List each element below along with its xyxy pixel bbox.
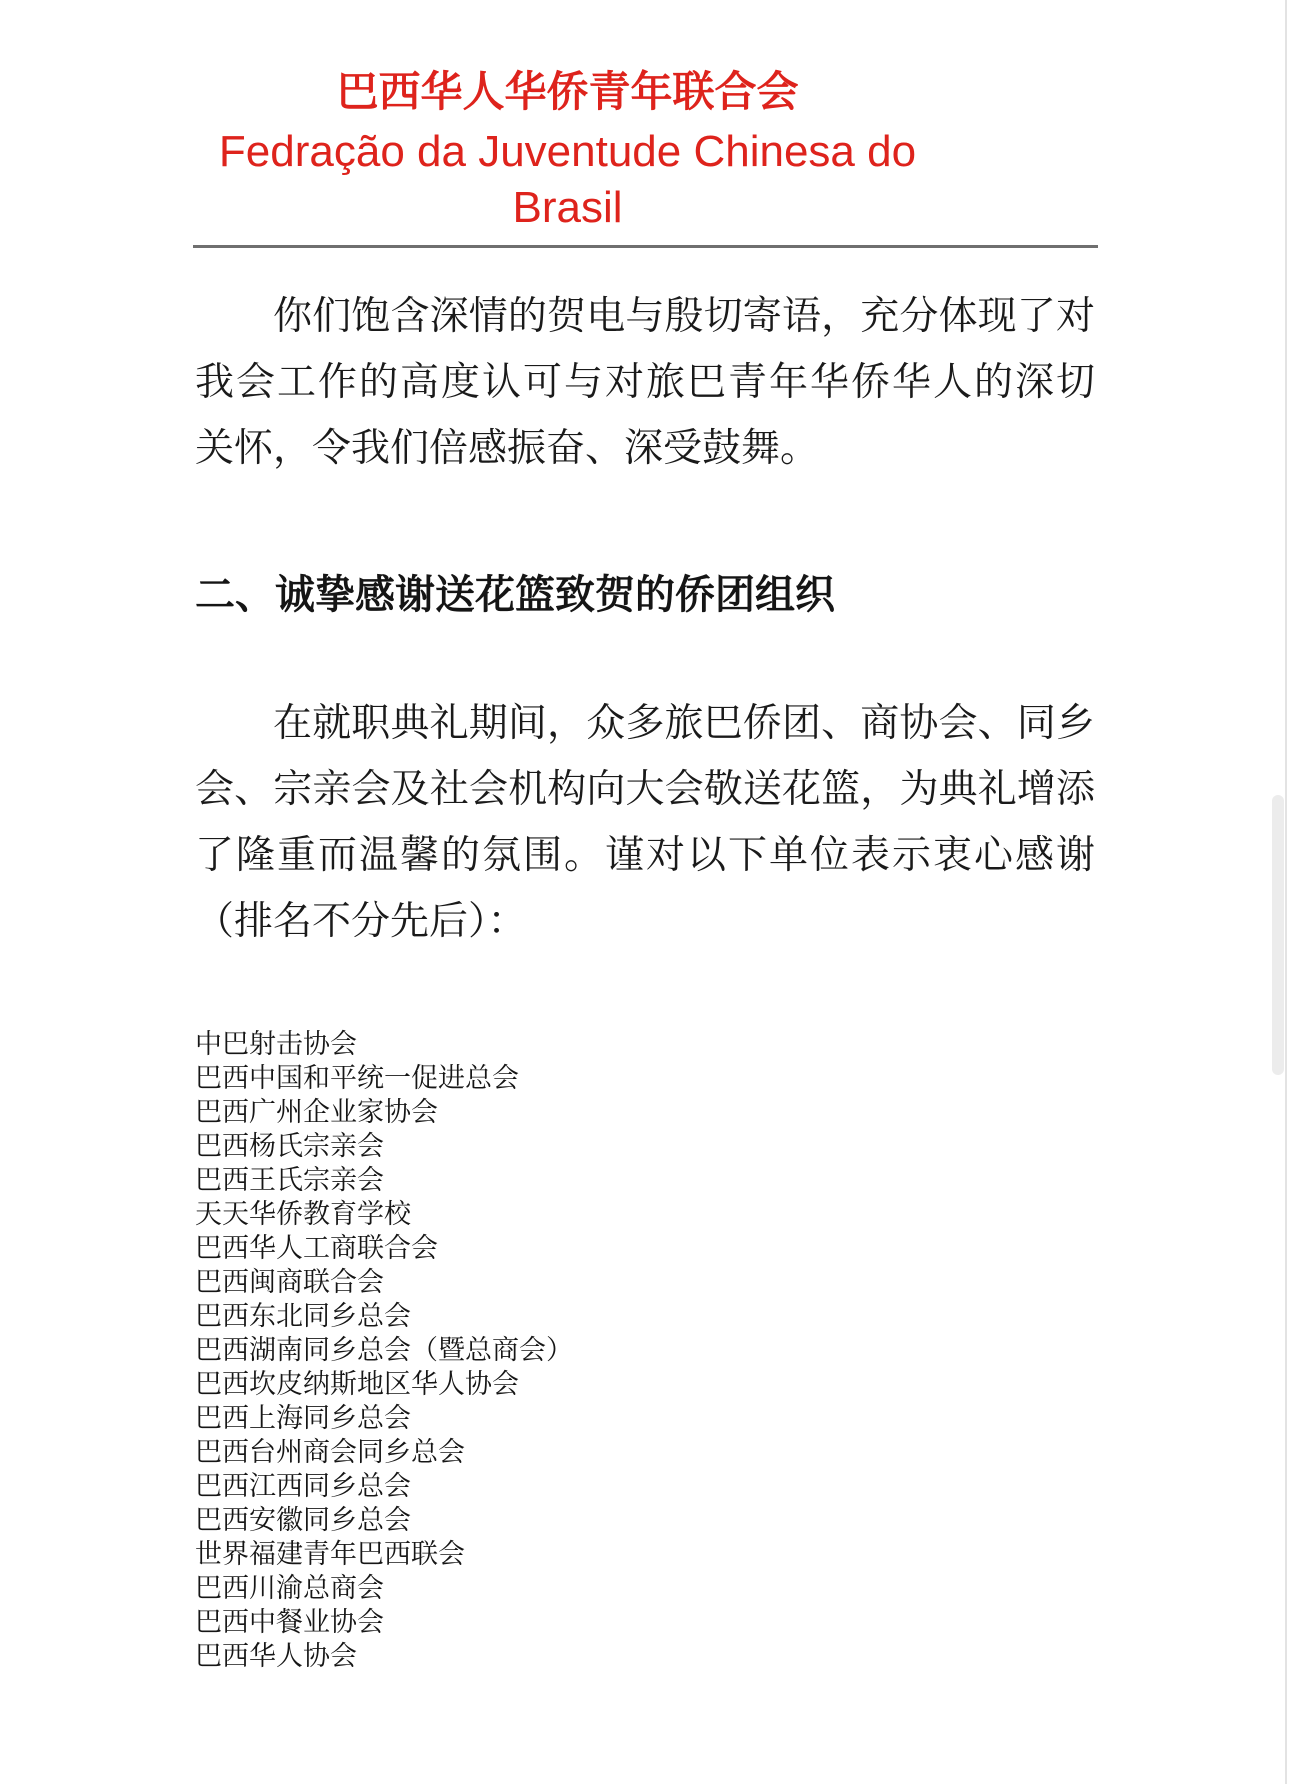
paragraph-line: 会、宗亲会及社会机构向大会敬送花篮，为典礼增添 — [195, 757, 1095, 823]
header-divider — [193, 245, 1098, 248]
paragraph-line: （排名不分先后）： — [195, 889, 1095, 955]
organization-item: 巴西上海同乡总会 — [195, 1401, 1095, 1435]
text-column: 你们饱含深情的贺电与殷切寄语，充分体现了对 我会工作的高度认可与对旅巴青年华侨华… — [195, 284, 1095, 1673]
paragraph-line: 在就职典礼期间，众多旅巴侨团、商协会、同乡 — [195, 691, 1095, 757]
organization-item: 巴西中餐业协会 — [195, 1605, 1095, 1639]
organization-item: 中巴射击协会 — [195, 1027, 1095, 1061]
organization-item: 巴西中国和平统一促进总会 — [195, 1061, 1095, 1095]
organization-item: 巴西华人工商联合会 — [195, 1231, 1095, 1265]
paragraph-line: 我会工作的高度认可与对旅巴青年华侨华人的深切 — [195, 350, 1095, 416]
organization-item: 天天华侨教育学校 — [195, 1197, 1095, 1231]
paragraph-line: 了隆重而温馨的氛围。谨对以下单位表示衷心感谢 — [195, 823, 1095, 889]
paragraph-line: 关怀，令我们倍感振奋、深受鼓舞。 — [195, 416, 1095, 482]
paragraph-flower-baskets: 在就职典礼期间，众多旅巴侨团、商协会、同乡 会、宗亲会及社会机构向大会敬送花篮，… — [195, 691, 1095, 955]
organization-item: 巴西台州商会同乡总会 — [195, 1435, 1095, 1469]
organization-item: 巴西杨氏宗亲会 — [195, 1129, 1095, 1163]
document-page: 巴西华人华侨青年联合会 Fedração da Juventude Chines… — [0, 0, 1290, 1784]
organization-item: 巴西坎皮纳斯地区华人协会 — [195, 1367, 1095, 1401]
document-header: 巴西华人华侨青年联合会 Fedração da Juventude Chines… — [170, 0, 965, 236]
scrollbar-thumb[interactable] — [1272, 795, 1284, 1075]
organization-item: 世界福建青年巴西联会 — [195, 1537, 1095, 1571]
organization-item: 巴西广州企业家协会 — [195, 1095, 1095, 1129]
org-title-chinese: 巴西华人华侨青年联合会 — [170, 62, 965, 124]
paragraph-gratitude: 你们饱含深情的贺电与殷切寄语，充分体现了对 我会工作的高度认可与对旅巴青年华侨华… — [195, 284, 1095, 482]
organization-item: 巴西安徽同乡总会 — [195, 1503, 1095, 1537]
organization-item: 巴西闽商联合会 — [195, 1265, 1095, 1299]
organization-item: 巴西王氏宗亲会 — [195, 1163, 1095, 1197]
paragraph-line: 你们饱含深情的贺电与殷切寄语，充分体现了对 — [195, 284, 1095, 350]
organization-item: 巴西湖南同乡总会（暨总商会） — [195, 1333, 1095, 1367]
organization-item: 巴西江西同乡总会 — [195, 1469, 1095, 1503]
organization-item: 巴西东北同乡总会 — [195, 1299, 1095, 1333]
organization-item: 巴西川渝总商会 — [195, 1571, 1095, 1605]
organization-list: 中巴射击协会 巴西中国和平统一促进总会 巴西广州企业家协会 巴西杨氏宗亲会 巴西… — [195, 1027, 1095, 1673]
org-title-portuguese: Fedração da Juventude Chinesa do Brasil — [170, 124, 965, 236]
page-edge-line — [1285, 0, 1287, 1784]
section-heading: 二、诚挚感谢送花篮致贺的侨团组织 — [195, 562, 1095, 628]
organization-item: 巴西华人协会 — [195, 1639, 1095, 1673]
